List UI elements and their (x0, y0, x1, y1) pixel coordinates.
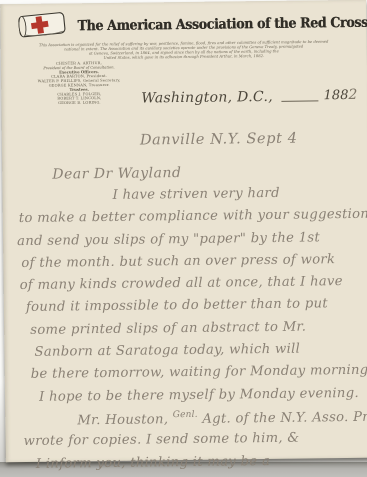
letterhead-disclaimer: This Association is organized for the re… (19, 39, 349, 61)
handwritten-place-date: Danville N.Y. Sept 4 (140, 131, 298, 149)
dateline-place: Washington, D.C., (141, 89, 273, 107)
houston-line-post: Agt. of the N.Y. Asso. Press, (202, 409, 367, 426)
houston-line-pre: Mr. Houston, (77, 412, 168, 428)
dateline-year-printed: 188 (324, 88, 349, 104)
dateline: Washington, D.C., 188 2 (141, 84, 357, 107)
houston-line-insertion: Genl. (173, 410, 198, 420)
date-blank-line (281, 88, 319, 101)
letterhead: The American Association of the Red Cros… (12, 6, 360, 44)
trustee-line: GEORGE B. LORING. (21, 100, 137, 106)
handwritten-line: I inform you, thinking it may be a (20, 452, 367, 477)
organization-title: The American Association of the Red Cros… (77, 15, 367, 35)
dateline-year-handwritten: 2 (348, 87, 357, 104)
handwritten-salutation: Dear Dr Wayland (52, 165, 181, 183)
handwritten-body: I have striven very hard to make a bette… (16, 185, 367, 477)
letter-paper: The American Association of the Red Cros… (0, 0, 367, 462)
red-cross-armband-icon (12, 7, 70, 46)
scanned-letter: The American Association of the Red Cros… (0, 0, 367, 477)
officers-list: CHESTER A. ARTHUR, President of the Boar… (21, 61, 138, 106)
